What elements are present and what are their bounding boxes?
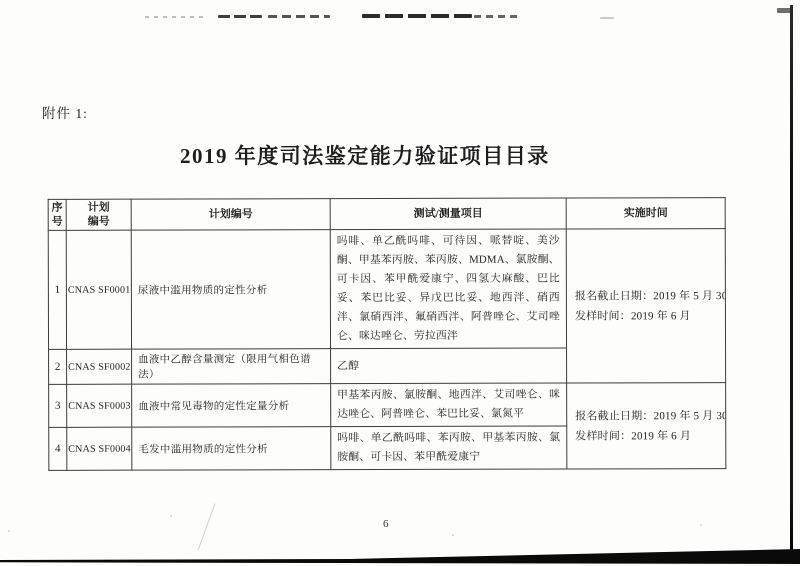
scan-smudge-top <box>268 15 330 18</box>
scan-smudge-top <box>600 17 614 19</box>
scan-speck <box>8 530 10 532</box>
row-name: 尿液中滥用物质的定性分析 <box>131 230 330 350</box>
row-items: 吗啡、单乙酰吗啡、可待因、哌替啶、美沙酮、甲基苯丙胺、苯丙胺、MDMA、氯胺酮、… <box>330 229 566 349</box>
table-header-row: 序 号 计划 编号 计划编号 测试/测量项目 实施时间 <box>48 198 725 231</box>
row-name: 毛发中滥用物质的定性分析 <box>132 427 331 471</box>
row-items: 甲基苯丙胺、氯胺酮、地西泮、艾司唑仑、咪达唑仑、阿普唑仑、苯巴比妥、氯氮平 <box>331 383 567 427</box>
scan-speck <box>700 524 702 526</box>
row-code: CNAS SF0004 <box>67 427 132 470</box>
scan-smudge-top <box>362 14 472 18</box>
schedule-sample-time: 发样时间：2019 年 6 月 <box>575 426 717 446</box>
row-items: 吗啡、单乙酰吗啡、苯丙胺、甲基苯丙胺、氯胺酮、可卡因、苯甲酰爱康宁 <box>331 426 567 470</box>
catalog-table: 序 号 计划 编号 计划编号 测试/测量项目 实施时间 1 CNAS SF000… <box>48 197 727 471</box>
scan-edge-bottom-wedge <box>0 546 800 566</box>
attachment-label: 附件 1: <box>42 102 88 122</box>
table-row: 1 CNAS SF0001 尿液中滥用物质的定性分析 吗啡、单乙酰吗啡、可待因、… <box>48 229 725 350</box>
header-plan-name: 计划编号 <box>131 199 330 231</box>
table-row: 3 CNAS SF0003 血液中常见毒物的定性定量分析 甲基苯丙胺、氯胺酮、地… <box>49 383 726 428</box>
scan-speck <box>452 534 454 536</box>
header-no: 序 号 <box>48 199 66 230</box>
schedule-deadline: 报名截止日期：2019 年 5 月 30 日 <box>575 286 717 306</box>
row-name: 血液中常见毒物的定性定量分析 <box>132 384 331 428</box>
scan-smudge-top <box>145 16 205 18</box>
schedule-sample-time: 发样时间：2019 年 6 月 <box>575 306 717 326</box>
header-plan-code: 计划 编号 <box>66 199 131 230</box>
scan-edge-right <box>790 5 793 560</box>
header-test-items: 测试/测量项目 <box>330 198 566 230</box>
scan-speck <box>170 515 172 517</box>
row-no: 1 <box>48 230 66 349</box>
row-code: CNAS SF0001 <box>66 230 131 349</box>
scan-crease <box>197 503 215 550</box>
header-schedule: 实施时间 <box>566 198 725 229</box>
row-items: 乙醇 <box>331 348 567 384</box>
schedule-cell: 报名截止日期：2019 年 5 月 30 日 发样时间：2019 年 6 月 <box>567 383 726 469</box>
row-code: CNAS SF0003 <box>67 384 132 427</box>
schedule-cell: 报名截止日期：2019 年 5 月 30 日 发样时间：2019 年 6 月 <box>566 229 725 383</box>
scan-smudge-top <box>218 15 262 18</box>
row-no: 4 <box>49 427 67 470</box>
row-name: 血液中乙醇含量测定（限用气相色谱法） <box>132 349 331 385</box>
schedule-deadline: 报名截止日期：2019 年 5 月 30 日 <box>575 406 717 426</box>
row-no: 2 <box>49 349 67 384</box>
row-no: 3 <box>49 384 67 427</box>
row-code: CNAS SF0002 <box>67 349 132 384</box>
page-title: 2019 年度司法鉴定能力验证项目目录 <box>180 140 620 170</box>
scan-smudge-top <box>474 15 520 18</box>
page-number: 6 <box>383 518 389 530</box>
